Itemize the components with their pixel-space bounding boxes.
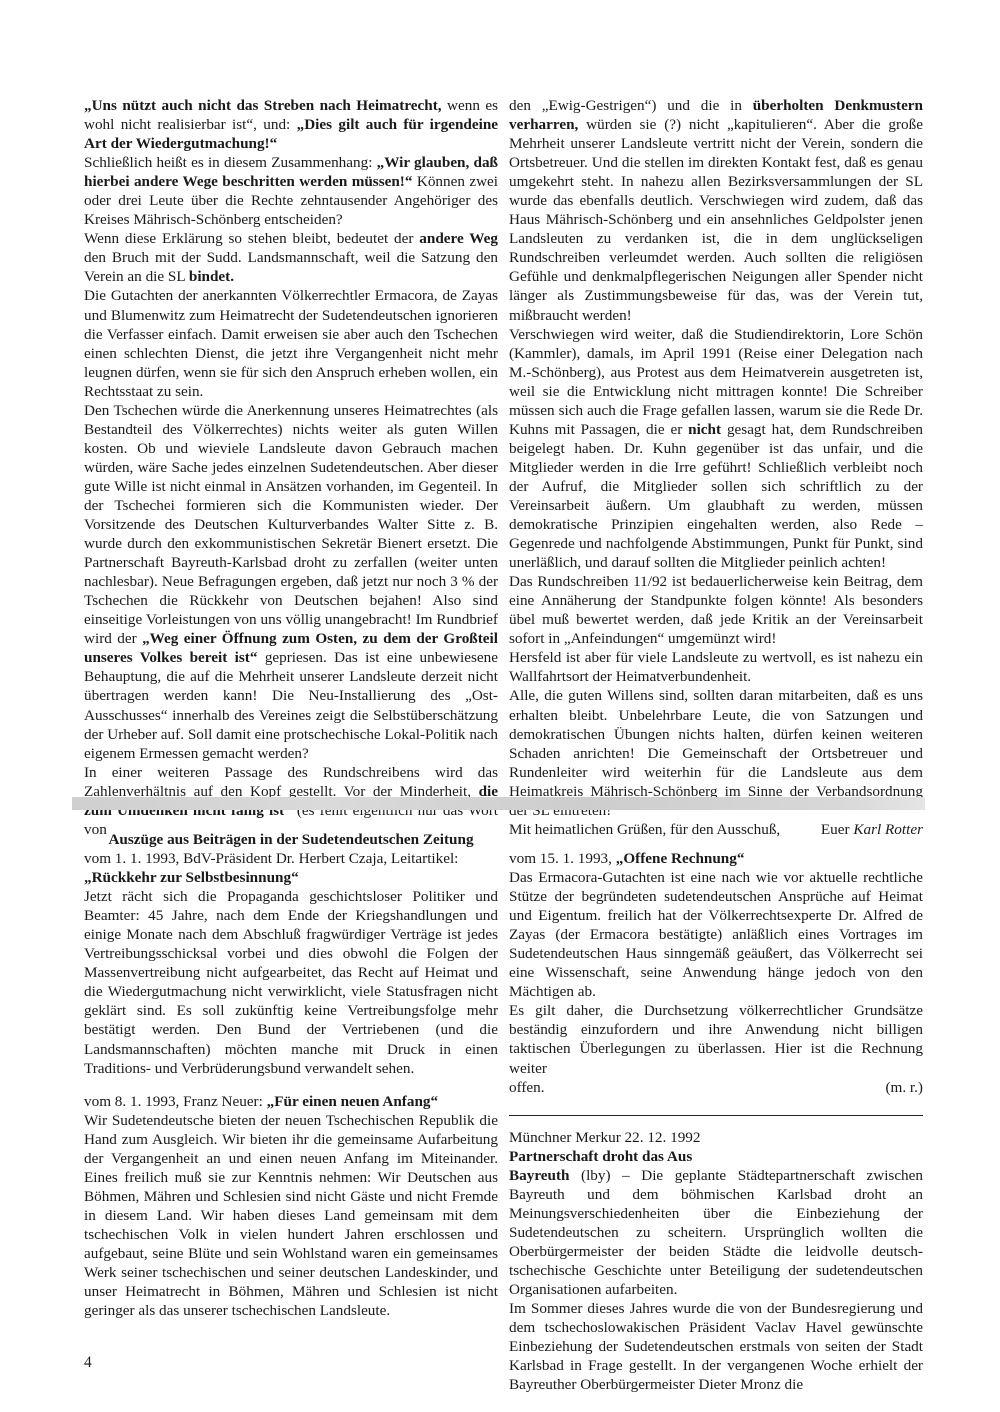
article-header: vom 15. 1. 1993, „Offene Rechnung“ (509, 849, 923, 868)
text: gesagt hat, dem Rundschreiben beigelegt … (509, 421, 923, 571)
paragraph: den „Ewig-Gestrigen“) und die in überhol… (509, 96, 923, 325)
article-dateline: vom 15. 1. 1993, (509, 850, 616, 867)
bold-text: nicht (688, 421, 721, 438)
column-bottom-left: Auszüge aus Beiträgen in der Sudetendeut… (84, 830, 498, 1320)
column-top-left: „Uns nützt auch nicht das Streben nach H… (84, 96, 498, 839)
paragraph: Den Tschechen würde die Anerkennung unse… (84, 401, 498, 763)
paragraph: Verschwiegen wird weiter, daß die Studie… (509, 325, 923, 573)
text: den „Ewig-Gestrigen“) und die in (509, 97, 753, 114)
bold-quote: „Uns nützt auch nicht das Streben nach H… (84, 97, 442, 114)
spacer (84, 1078, 498, 1092)
bold-text: andere Weg (419, 230, 498, 247)
page-number: 4 (84, 1354, 92, 1372)
section-divider-band (72, 797, 925, 810)
dateline-place: Bayreuth (509, 1167, 569, 1184)
article-source: Münchner Merkur 22. 12. 1992 (509, 1128, 923, 1147)
paragraph: Hersfeld ist aber für viele Landsleute z… (509, 648, 923, 686)
article-title: „Rückkehr zur Selbstbesinnung“ (84, 869, 299, 886)
article-header: vom 8. 1. 1993, Franz Neuer: „Für einen … (84, 1092, 498, 1111)
text: In einer weiteren Passage des Rundschrei… (84, 764, 498, 800)
article-title: Partnerschaft droht das Aus (509, 1148, 692, 1165)
article-body: Jetzt rächt sich die Propaganda geschich… (84, 887, 498, 1077)
text: würden sie (?) nicht „kapitulieren“. Abe… (509, 116, 923, 323)
text: Schließlich heißt es in diesem Zusammenh… (84, 154, 377, 171)
article-body: Im Sommer dieses Jahres wurde die von de… (509, 1299, 923, 1394)
article-body: Das Ermacora-Gutachten ist eine nach wie… (509, 868, 923, 1001)
article-dateline: vom 1. 1. 1993, BdV-Präsident Dr. Herber… (84, 849, 498, 868)
column-top-right: den „Ewig-Gestrigen“) und die in überhol… (509, 96, 923, 839)
article-body: Wir Sudetendeutsche bieten der neuen Tsc… (84, 1111, 498, 1321)
paragraph: „Uns nützt auch nicht das Streben nach H… (84, 96, 498, 153)
article-body: Bayreuth (lby) – Die geplante Städtepart… (509, 1166, 923, 1299)
article-body: Es gilt daher, die Durchsetzung völkerre… (509, 1001, 923, 1077)
text: Den Tschechen würde die Anerkennung unse… (84, 402, 498, 648)
column-bottom-right: vom 15. 1. 1993, „Offene Rechnung“ Das E… (509, 830, 923, 1394)
horizontal-rule (509, 1115, 923, 1116)
article-title: „Offene Rechnung“ (616, 850, 745, 867)
text: Hersfeld ist aber für viele Landsleute z… (509, 649, 923, 685)
section-heading: Auszüge aus Beiträgen in der Sudetendeut… (84, 830, 498, 849)
text: Wenn diese Erklärung so stehen bleibt, b… (84, 230, 419, 247)
article-dateline: vom 8. 1. 1993, Franz Neuer: (84, 1093, 267, 1110)
article-end-line: offen. (m. r.) (509, 1078, 923, 1097)
text: den Bruch mit der Sudd. Landsmannschaft,… (84, 249, 498, 285)
paragraph: Schließlich heißt es in diesem Zusammenh… (84, 153, 498, 229)
paragraph: Das Rundschreiben 11/92 ist bedauerliche… (509, 572, 923, 648)
article-title: „Für einen neuen Anfang“ (267, 1093, 438, 1110)
author-initials: (m. r.) (885, 1078, 923, 1097)
bold-text: bindet. (189, 268, 234, 285)
text: Das Rundschreiben 11/92 ist bedauerliche… (509, 573, 923, 647)
text: (lby) – Die geplante Städtepartnerschaft… (509, 1167, 923, 1298)
paragraph: Wenn diese Erklärung so stehen bleibt, b… (84, 229, 498, 286)
article-body-end: offen. (509, 1078, 545, 1097)
text: Die Gutachten der anerkannten Völkerrech… (84, 287, 498, 399)
paragraph: Die Gutachten der anerkannten Völkerrech… (84, 286, 498, 400)
